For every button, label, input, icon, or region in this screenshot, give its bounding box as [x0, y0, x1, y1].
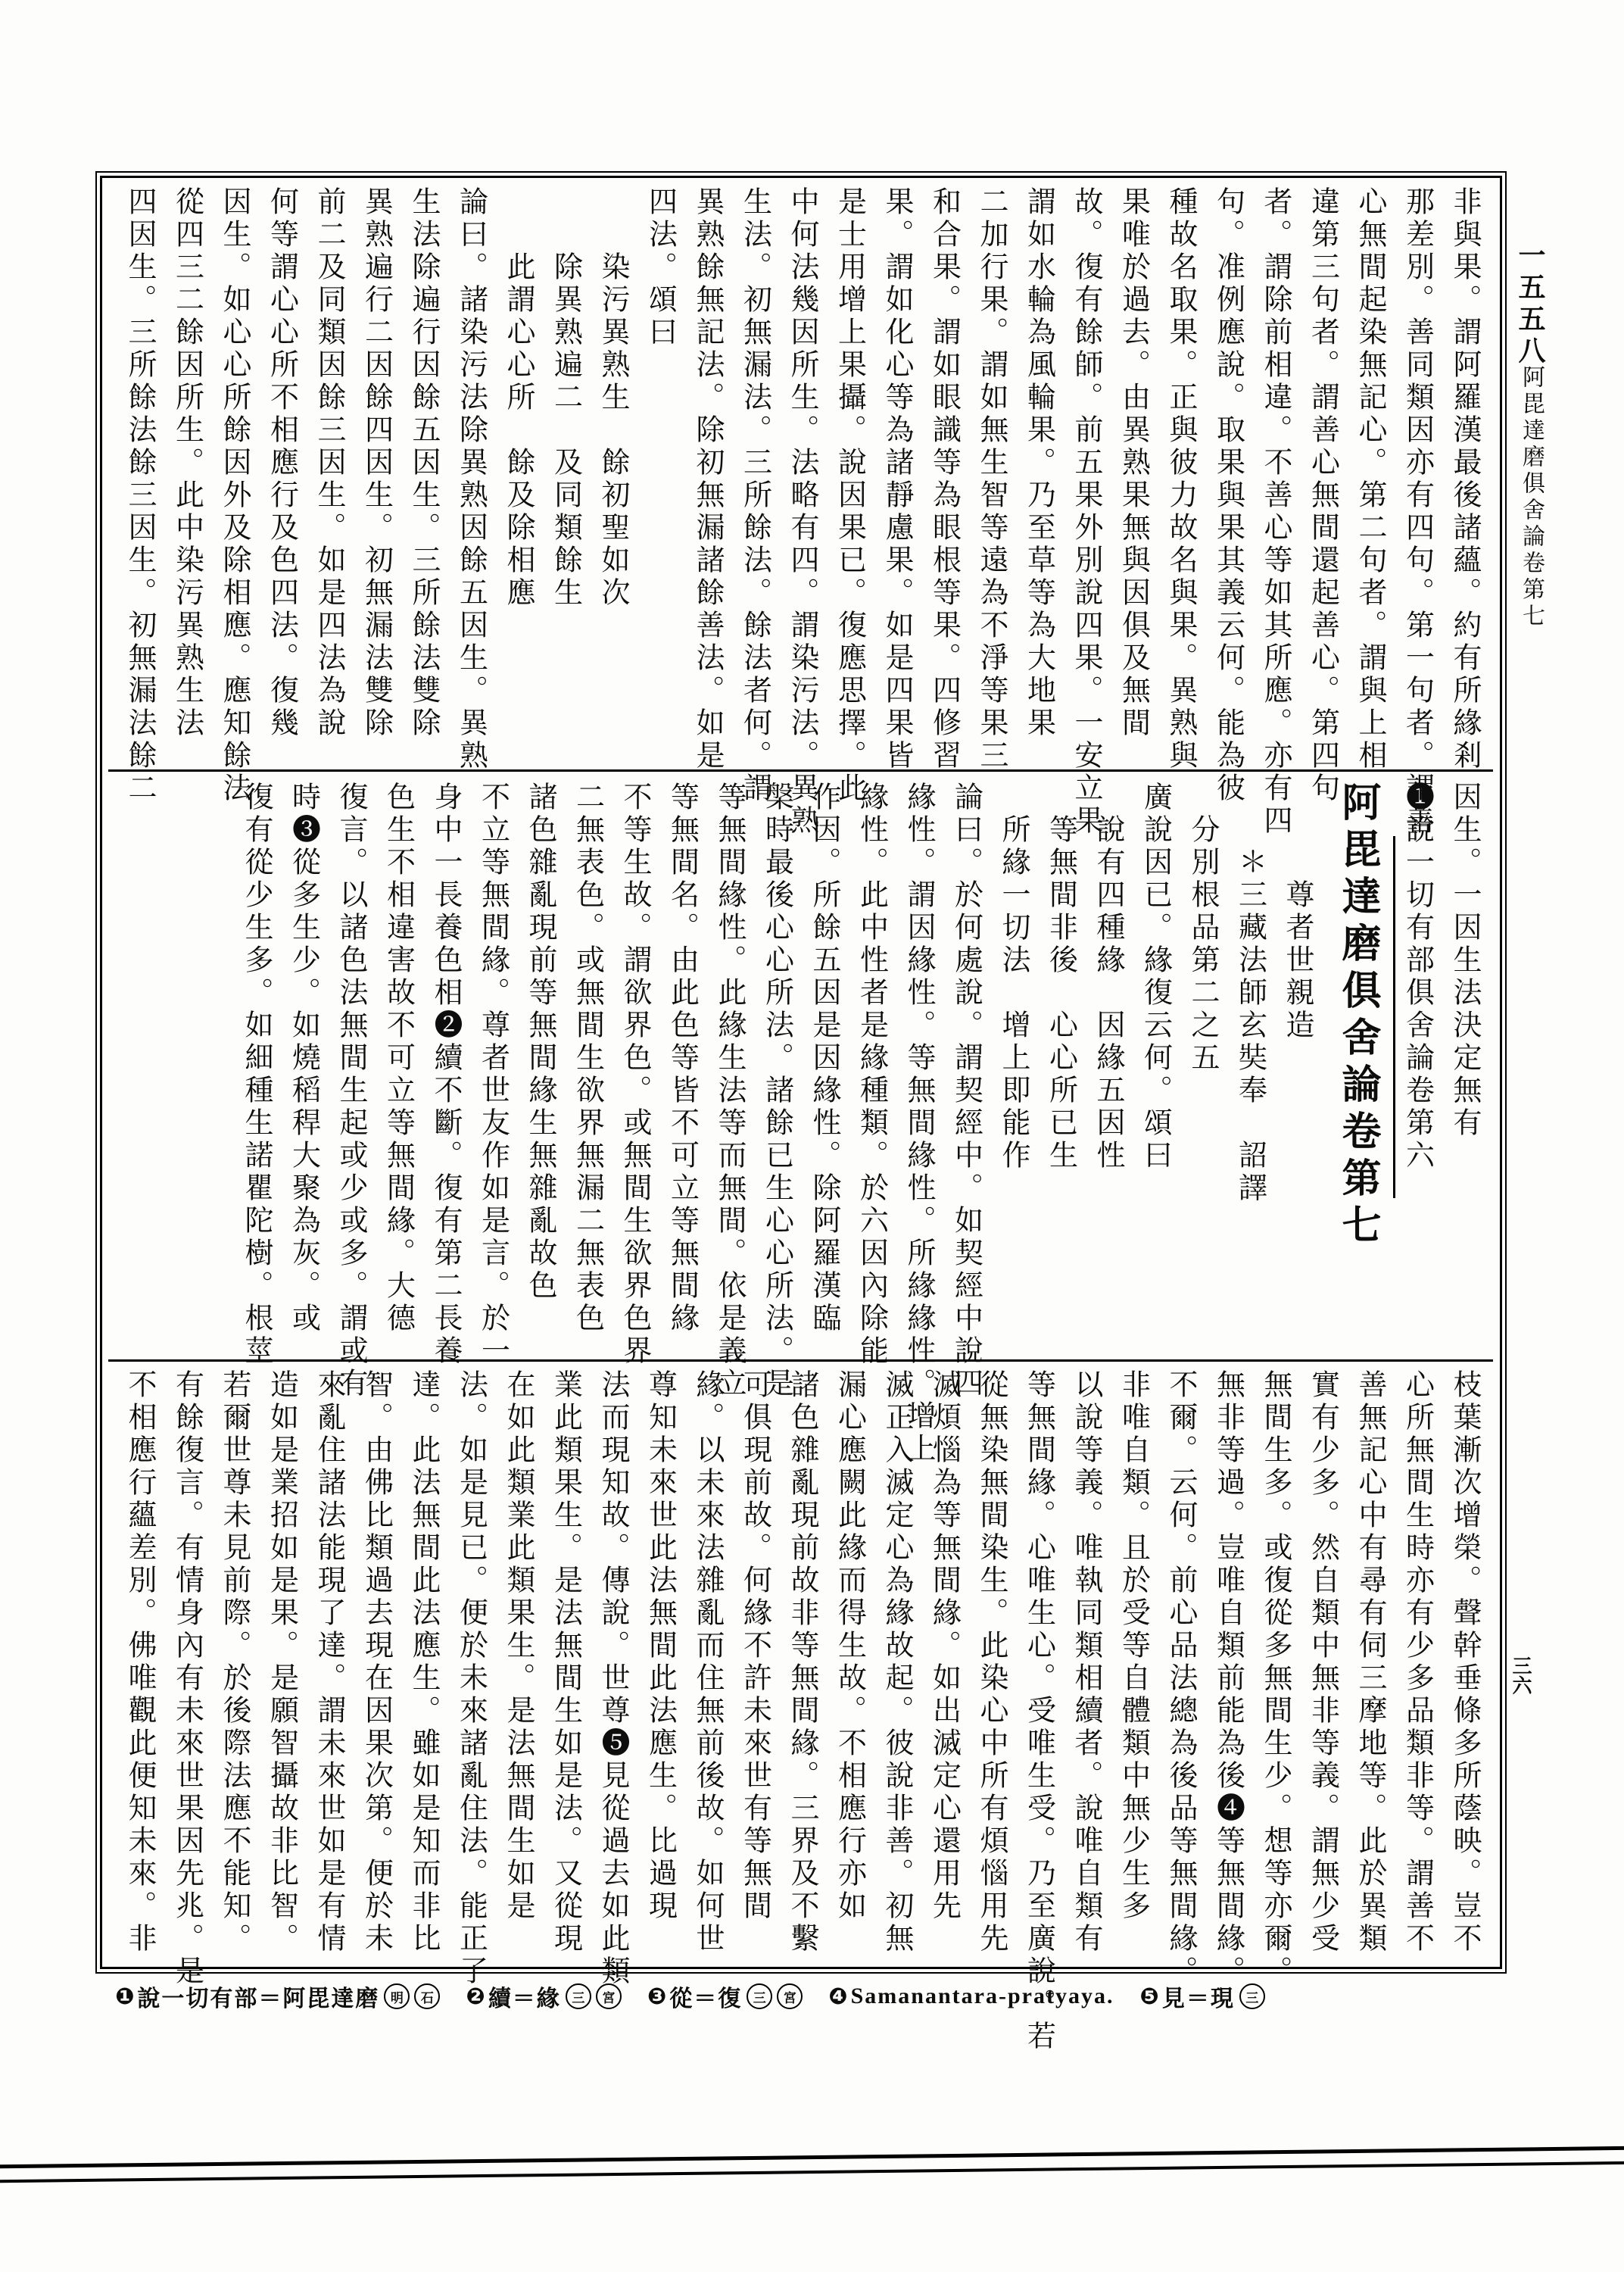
text-column: 來亂住諸法能現了達。謂未來世如是有情: [305, 1369, 353, 1945]
text-column: 不爾。云何。前心品法總為後品等無間緣。: [1157, 1369, 1205, 1945]
text-column: 心無間起染無記心。第二句者。謂與上相: [1346, 186, 1394, 762]
text-column: 句。准例應說。取果與果其義云何。能為彼: [1204, 186, 1252, 762]
text-column: 何等謂心心所不相應行及色四法。復幾: [257, 186, 305, 762]
text-column: 中何法幾因所生。法略有四。謂染污法。異熟: [778, 186, 826, 762]
text-column: 無間生多。或復從多無間生少。想等亦爾。: [1252, 1369, 1299, 1945]
margin-fascicle-title: 阿毘達磨俱舍論卷第七: [1514, 365, 1548, 630]
text-column: 前二及同類因餘三因生。如是四法為說: [305, 186, 353, 762]
footnote-marker-icon: ❶: [115, 1983, 134, 2010]
text-column: 復言。以諸色法無間生起或少或多。謂或有: [327, 782, 375, 1357]
text-column: 故。復有餘師。前五果外別說四果。一安立果: [1062, 186, 1110, 762]
text-column: 從四三二餘因所生。此中染污異熟生法: [163, 186, 210, 762]
footnote-text: Samanantara-pratyaya.: [851, 1983, 1114, 2009]
text-column: 說有四種緣 因緣五因性: [1084, 782, 1132, 1357]
text-column: 者。謂除前相違。不善心等如其所應。亦有四: [1252, 186, 1299, 762]
footnote-marker-icon: ❹: [828, 1983, 847, 2010]
text-column: 因生。一因生法決定無有: [1441, 782, 1488, 1357]
text-column: 等無間緣。心唯生心。受唯生受。乃至廣說。若: [1015, 1369, 1062, 1945]
text-column: 業此類果生。是法無間生如是法。又從現: [541, 1369, 589, 1945]
text-column: ❶說一切有部俱舍論卷第六: [1393, 782, 1441, 1357]
text-column: 果。謂如化心等為諸靜慮果。如是四果皆: [873, 186, 921, 762]
text-column: 論曰。諸染污法除異熟因餘五因生。異熟: [447, 186, 494, 762]
taisho-canon-page-scan: 非與果。謂阿羅漢最後諸蘊。約有所緣剎那差別。善同類因亦有四句。第一句者。謂善心無…: [0, 0, 1624, 2272]
text-column: 緣性。謂因緣性。等無間緣性。所緣緣性。增上: [895, 782, 943, 1357]
text-column: 非與果。謂阿羅漢最後諸蘊。約有所緣剎: [1441, 186, 1488, 762]
text-column: 二加行果。謂如無生智等遠為不淨等果三: [968, 186, 1015, 762]
text-column: 法。如是見已。便於未來諸亂住法。能正了: [447, 1369, 494, 1945]
text-column: 可俱現前故。何緣不許未來世有等無間: [731, 1369, 778, 1945]
text-column: 滅正入滅定心為緣故起。彼說非善。初無: [873, 1369, 921, 1945]
text-column: 尊知未來世此法無間此法應生。比過現: [636, 1369, 684, 1945]
text-column: 心所無間生時亦有少多品類非等。謂善不: [1393, 1369, 1441, 1945]
text-column: 生法除遍行因餘五因生。三所餘法雙除: [400, 186, 447, 762]
juan-title: 阿毘達磨俱舍論卷第七: [1320, 782, 1393, 1357]
text-column: 因生。如心心所餘因外及除相應。應知餘法: [210, 186, 258, 762]
footnote-item: ❷續＝緣三宮: [466, 1980, 621, 2013]
text-column: 從無染無間染生。此染心中所有煩惱用先: [968, 1369, 1015, 1945]
text-column: 違第三句者。謂善心無間還起善心。第四句: [1298, 186, 1346, 762]
footnote-marker-icon: ❸: [647, 1983, 666, 2010]
text-column: 身中一長養色相❷續不斷。復有第二長養: [422, 782, 469, 1357]
footnote-item: ❶說一切有部＝阿毘達磨明石: [115, 1980, 440, 2013]
text-column: 廣說因已。緣復云何。頌曰: [1131, 782, 1179, 1357]
chapter-line: 分別根品第二之五: [1179, 782, 1227, 1357]
text-column: 以說等義。唯執同類相續者。說唯自類有: [1062, 1369, 1110, 1945]
register-separator-bottom: [108, 1359, 1493, 1362]
text-column: 諸色雜亂現前故非等無間緣。三界及不繫: [778, 1369, 826, 1945]
text-column: 論曰。於何處說。謂契經中。如契經中說四: [942, 782, 990, 1357]
text-column: 和合果。謂如眼識等為眼根等果。四修習: [920, 186, 968, 762]
footnote-item: ❺見＝現三: [1139, 1980, 1264, 2013]
text-column: 時❸從多生少。如燒稻稈大聚為灰。或: [279, 782, 327, 1357]
text-column: 智。由佛比類過去現在因果次第。便於未: [352, 1369, 400, 1945]
text-column: 等無間非後 心心所已生: [1036, 782, 1084, 1357]
register-top: 非與果。謂阿羅漢最後諸蘊。約有所緣剎那差別。善同類因亦有四句。第一句者。謂善心無…: [114, 186, 1488, 763]
text-column: 謂如水輪為風輪果。乃至草等為大地果: [1015, 186, 1062, 762]
text-column: 不相應行蘊差別。佛唯觀此便知未來。非: [116, 1369, 164, 1945]
taisho-text-number: 一五五八: [1511, 241, 1550, 368]
text-column: 緣。以未來法雜亂而住無前後故。如何世: [684, 1369, 731, 1945]
text-column: 染污異熟生 餘初聖如次: [589, 186, 637, 762]
edition-siglum-icon: 宮: [596, 1983, 622, 2009]
footnote-item: ❸從＝復三宮: [647, 1980, 803, 2013]
text-column: 異熟餘無記法。除初無漏諸餘善法。如是: [684, 186, 731, 762]
text-column: 漏心應闕此緣而得生故。不相應行亦如: [825, 1369, 873, 1945]
footnote-apparatus: ❶說一切有部＝阿毘達磨明石❷續＝緣三宮❸從＝復三宮❹Samanantara-pr…: [115, 1974, 1448, 2019]
text-column: 緣性。此中性者是緣種類。於六因內除能: [847, 782, 895, 1357]
text-column: 那差別。善同類因亦有四句。第一句者。謂善: [1393, 186, 1441, 762]
text-column: 不立等無間緣。尊者世友作如是言。於一: [469, 782, 516, 1357]
text-column: 果唯於過去。由異熟果無與因俱及無間: [1109, 186, 1157, 762]
footnote-text: 說一切有部＝阿毘達磨: [137, 1980, 379, 2013]
text-column: 等無間緣性。此緣生法等而無間。依是義立: [706, 782, 753, 1357]
text-column: 非唯自類。且於受等自體類中無少生多: [1109, 1369, 1157, 1945]
text-column: 滅煩惱為等無間緣。如出滅定心還用先: [920, 1369, 968, 1945]
text-column: 達。此法無間此法應生。雖如是知而非比: [400, 1369, 447, 1945]
text-column: 實有少多。然自類中無非等義。謂無少受: [1298, 1369, 1346, 1945]
text-column: 無非等過。豈唯自類前能為後❹等無間緣。: [1204, 1369, 1252, 1945]
translator-line: ＊三藏法師玄奘奉 詔譯: [1226, 782, 1273, 1357]
footnote-marker-icon: ❷: [466, 1983, 485, 2010]
text-column: 復有從少生多。如細種生諾瞿陀樹。根莖: [232, 782, 280, 1357]
edition-siglum-icon: 宮: [777, 1983, 803, 2009]
folio-number: 三六: [1510, 1656, 1532, 1695]
text-column: 等無間名。由此色等皆不可立等無間緣: [658, 782, 706, 1357]
text-column: 生法。初無漏法。三所餘法。餘法者何。謂: [731, 186, 778, 762]
text-column: 法而現知故。傳說。世尊❺見從過去如此類: [589, 1369, 637, 1945]
footnote-text: 續＝緣: [488, 1980, 561, 2013]
text-column: 色生不相違害故不可立等無間緣。大德: [374, 782, 422, 1357]
footnote-text: 見＝現: [1162, 1980, 1235, 2013]
text-column: 作因。所餘五因是因緣性。除阿羅漢臨: [800, 782, 848, 1357]
edition-siglum-icon: 石: [414, 1983, 440, 2009]
author-line: 尊者世親造: [1273, 782, 1321, 1357]
text-column: 造如是業招如是果。是願智攝故非比智。: [257, 1369, 305, 1945]
text-column: 在如此類業此類果生。是法無間生如是: [494, 1369, 542, 1945]
text-column: 除異熟遍二 及同類餘生: [541, 186, 589, 762]
text-column: 有餘復言。有情身內有未來世果因先兆。是: [163, 1369, 210, 1945]
text-column: 善無記心中有尋有伺三摩地等。此於異類: [1346, 1369, 1394, 1945]
register-separator-top: [108, 769, 1493, 772]
text-column: 二無表色。或無間生欲界無漏二無表色: [563, 782, 611, 1357]
edition-siglum-icon: 三: [566, 1983, 591, 2009]
text-column: 槃時最後心心所法。諸餘已生心心所法。是: [753, 782, 800, 1357]
text-column: 諸色雜亂現前等無間緣生無雜亂故色: [516, 782, 564, 1357]
text-column: 種故名取果。正與彼力故名與果。異熟與: [1157, 186, 1205, 762]
text-column: 此謂心心所 餘及除相應: [494, 186, 542, 762]
register-bottom: 枝葉漸次增榮。聲幹垂條多所蔭映。豈不心所無間生時亦有少多品類非等。謂善不善無記心…: [114, 1369, 1488, 1946]
register-middle: 因生。一因生法決定無有❶說一切有部俱舍論卷第六阿毘達磨俱舍論卷第七 尊者世親造 …: [114, 782, 1488, 1359]
text-column: 不等生故。謂欲界色。或無間生欲界色界: [611, 782, 659, 1357]
footnote-marker-icon: ❺: [1139, 1983, 1158, 2010]
edition-siglum-icon: 三: [1239, 1983, 1265, 2009]
edition-siglum-icon: 三: [747, 1983, 772, 2009]
footnote-item: ❹Samanantara-pratyaya.: [828, 1983, 1114, 2010]
text-column: 四法。頌曰: [636, 186, 684, 762]
text-column: 所緣一切法 增上即能作: [990, 782, 1037, 1357]
text-column: 是士用增上果攝。說因果已。復應思擇。此: [825, 186, 873, 762]
edition-siglum-icon: 明: [384, 1983, 410, 2009]
footnote-text: 從＝復: [669, 1980, 742, 2013]
text-column: 四因生。三所餘法餘三因生。初無漏法餘二: [116, 186, 164, 762]
text-column: 若爾世尊未見前際。於後際法應不能知。: [210, 1369, 258, 1945]
text-column: 異熟遍行二因餘四因生。初無漏法雙除: [352, 186, 400, 762]
text-column: 枝葉漸次增榮。聲幹垂條多所蔭映。豈不: [1441, 1369, 1488, 1945]
